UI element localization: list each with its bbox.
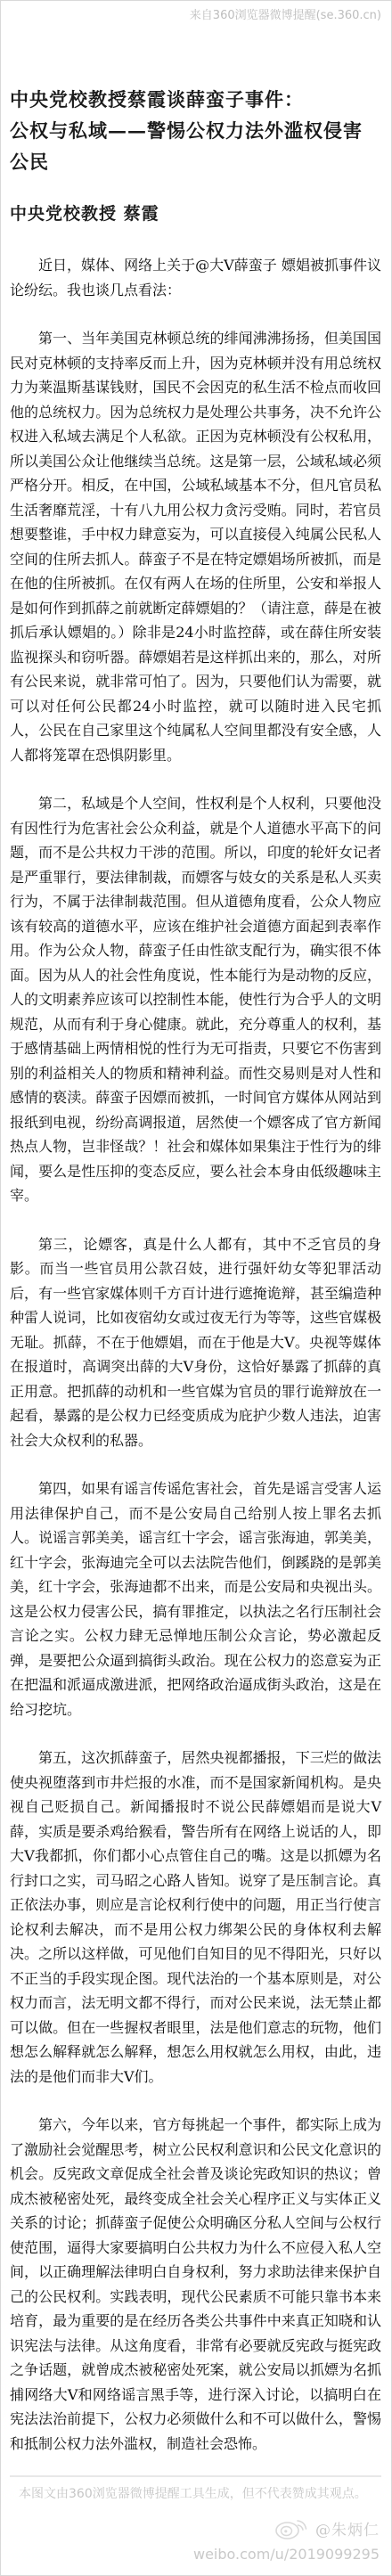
paragraph-sixth: 第六，今年以来，官方每挑起一个事件，都实际上成为了激励社会觉醒思考，树立公民权利… bbox=[10, 2113, 381, 2456]
title-line-1: 中央党校教授蔡霞谈薛蛮子事件： bbox=[10, 84, 381, 115]
footer-signature-row: @朱炳仁 bbox=[10, 2512, 381, 2544]
paragraph-intro: 近日，媒体、网络上关于@大V薛蛮子 嫖娼被抓事件议论纷纭。我也谈几点看法： bbox=[10, 253, 381, 302]
page-title: 中央党校教授蔡霞谈薛蛮子事件： 公权与私域——警惕公权力法外滥权侵害公民 bbox=[10, 84, 381, 177]
footer: 本图文由360浏览器微博提醒工具生成，但不代表赞成其观点。 @朱炳仁 weibo… bbox=[10, 2456, 381, 2563]
weibo-profile-url: weibo.com/u/2019099295 bbox=[10, 2546, 381, 2563]
paragraph-fifth: 第五，这次抓薛蛮子，居然央视都播报，下三烂的做法使央视堕落到市井烂报的水准，而不… bbox=[10, 1746, 381, 2089]
paragraph-first: 第一、当年美国克林顿总统的绯闻沸沸扬扬，但美国国民对克林顿的支持率反而上升，因为… bbox=[10, 326, 381, 767]
author-line: 中央党校教授 蔡霞 bbox=[10, 202, 381, 225]
source-note: 来自360浏览器微博提醒(se.360.cn) bbox=[10, 8, 381, 23]
weibo-long-image-page: 来自360浏览器微博提醒(se.360.cn) 中央党校教授蔡霞谈薛蛮子事件： … bbox=[0, 0, 392, 2576]
paragraph-second: 第二，私域是个人空间，性权利是个人权利，只要他没有因性行为危害社会公众利益，就是… bbox=[10, 791, 381, 1208]
title-line-2: 公权与私域——警惕公权力法外滥权侵害公民 bbox=[10, 115, 381, 177]
weibo-username: @朱炳仁 bbox=[315, 2517, 380, 2539]
footer-disclaimer: 本图文由360浏览器微博提醒工具生成，但不代表赞成其观点。 bbox=[10, 2486, 381, 2503]
paragraph-third: 第三，论嫖客，真是什么人都有，其中不乏官员的身影。而当一些官员用公款召妓，进行强… bbox=[10, 1232, 381, 1453]
article-body: 近日，媒体、网络上关于@大V薛蛮子 嫖娼被抓事件议论纷纭。我也谈几点看法： 第一… bbox=[10, 229, 381, 2456]
paragraph-fourth: 第四，如果有谣言传谣危害社会，首先是谣言受害人运用法律保护自己，而不是公安局自己… bbox=[10, 1476, 381, 1721]
footer-divider bbox=[10, 2475, 381, 2477]
weibo-logo-icon bbox=[274, 2512, 310, 2544]
